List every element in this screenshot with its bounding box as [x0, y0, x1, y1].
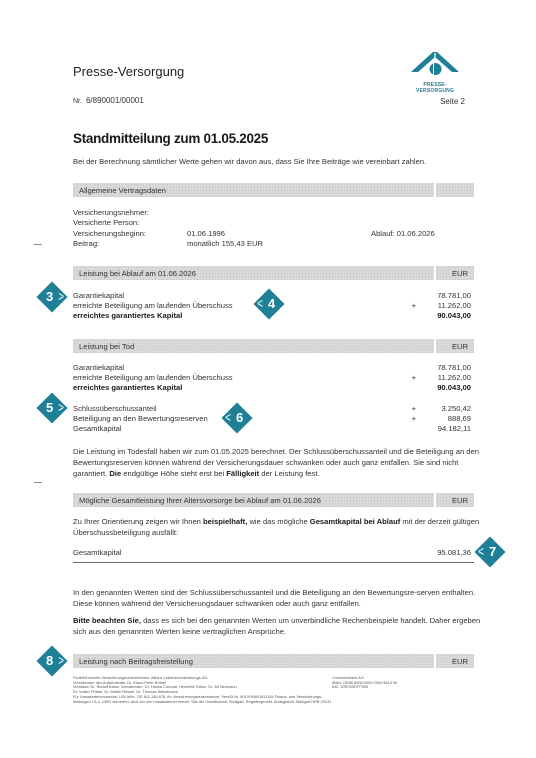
- row-value: 94.182,11: [438, 424, 471, 433]
- field-value: monatlich 155,43 EUR: [187, 239, 263, 248]
- row-value: 90.043,00: [437, 383, 471, 392]
- disclaimer-paragraph-1: In den genannten Werten sind der Schluss…: [73, 587, 483, 609]
- policy-number-value: 6/890001/00001: [86, 96, 144, 105]
- maturity-date: Ablauf: 01.06.2026: [371, 229, 435, 238]
- section-title: Leistung bei Tod: [79, 342, 134, 351]
- page-number: Seite 2: [440, 97, 465, 106]
- chevron-right-icon: >: [58, 399, 64, 415]
- row-value: 78.781,00: [437, 363, 471, 372]
- section-header-projection: Mögliche Gesamtleistung Ihrer Altersvors…: [73, 493, 474, 507]
- house-roof-logo-icon: [405, 50, 465, 82]
- policy-number-label: Nr.: [73, 98, 82, 105]
- column-separator: [434, 654, 436, 668]
- annotation-badge-6: < 6: [222, 403, 252, 433]
- table-row: erreichte Beteiligung am laufenden Übers…: [73, 373, 474, 383]
- footer-legal: Federführendes Versicherungsunternehmen:…: [73, 676, 331, 704]
- column-separator: [434, 266, 436, 280]
- chevron-left-icon: <: [257, 295, 263, 311]
- section-header-paid-up: Leistung nach Beitragsfreistellung EUR: [73, 654, 474, 668]
- section-title: Leistung nach Beitragsfreistellung: [79, 657, 193, 666]
- footer-bank-details: Commerzbank AG IBAN: DE86 6008 0000 0900…: [332, 676, 397, 690]
- total-underline: [73, 562, 474, 563]
- column-separator: [434, 183, 436, 197]
- annotation-badge-3: 3 >: [37, 282, 67, 312]
- policy-number: Nr.6/890001/00001: [73, 96, 144, 105]
- annotation-badge-7: < 7: [475, 537, 505, 567]
- row-label: Gesamtkapital: [73, 424, 122, 433]
- margin-fold-mark: [34, 244, 42, 245]
- section-title: Allgemeine Vertragsdaten: [79, 186, 166, 195]
- row-value: 11.262,00: [438, 301, 471, 310]
- row-label: erreichtes garantiertes Kapital: [73, 383, 182, 392]
- table-row-subtotal: erreichtes garantiertes Kapital 90.043,0…: [73, 383, 474, 393]
- currency-label: EUR: [452, 657, 468, 666]
- field-label: Versicherte Person:: [73, 218, 139, 227]
- row-value: 78.781,00: [437, 291, 471, 300]
- row-value: 11.262,00: [438, 373, 471, 382]
- row-label: Beteiligung an den Bewertungsreserven: [73, 414, 208, 423]
- projection-total-row: Gesamtkapital 95.081,36: [73, 548, 474, 558]
- row-label: erreichte Beteiligung am laufenden Übers…: [73, 301, 233, 310]
- row-label: Garantiekapital: [73, 363, 124, 372]
- row-label: Gesamtkapital: [73, 548, 122, 557]
- column-separator: [434, 339, 436, 353]
- row-label: Schlussüberschussanteil: [73, 404, 157, 413]
- currency-label: EUR: [452, 269, 468, 278]
- section-title: Leistung bei Ablauf am 01.06.2026: [79, 269, 196, 278]
- brand-logo: PRESSE-VERSORGUNG: [405, 50, 465, 94]
- chevron-left-icon: <: [225, 409, 231, 425]
- annotation-badge-4: < 4: [254, 289, 284, 319]
- field-label: Versicherungsbeginn:: [73, 229, 146, 238]
- row-label: erreichtes garantiertes Kapital: [73, 311, 182, 320]
- field-value: 01.06.1996: [187, 229, 225, 238]
- table-row: Beteiligung an den Bewertungsreserven + …: [73, 414, 474, 424]
- row-label: erreichte Beteiligung am laufenden Übers…: [73, 373, 233, 382]
- intro-text: Bei der Berechnung sämtlicher Werte gehe…: [73, 157, 426, 166]
- row-value: 90.043,00: [437, 311, 471, 320]
- section-title: Mögliche Gesamtleistung Ihrer Altersvors…: [79, 496, 321, 505]
- row-value: 888,69: [448, 414, 471, 423]
- annotation-badge-5: 5 >: [37, 393, 67, 423]
- page-title: Standmitteilung zum 01.05.2025: [73, 131, 268, 146]
- death-benefit-note: Die Leistung im Todesfall haben wir zum …: [73, 446, 483, 479]
- margin-fold-mark: [34, 482, 42, 483]
- section-header-maturity: Leistung bei Ablauf am 01.06.2026 EUR: [73, 266, 474, 280]
- table-row-total: Gesamtkapital 94.182,11: [73, 424, 474, 434]
- row-sign: +: [412, 404, 416, 413]
- logo-text: PRESSE-VERSORGUNG: [405, 82, 465, 94]
- annotation-badge-8: 8 >: [37, 646, 67, 676]
- row-sign: +: [412, 301, 416, 310]
- chevron-left-icon: <: [478, 543, 484, 559]
- currency-label: EUR: [452, 496, 468, 505]
- column-separator: [434, 493, 436, 507]
- row-label: Garantiekapital: [73, 291, 124, 300]
- disclaimer-paragraph-2: Bitte beachten Sie, dass es sich bei den…: [73, 615, 483, 637]
- chevron-right-icon: >: [58, 652, 64, 668]
- currency-label: EUR: [452, 342, 468, 351]
- row-value: 95.081,36: [437, 548, 471, 557]
- projection-intro: Zu Ihrer Orientierung zeigen wir Ihnen b…: [73, 516, 483, 538]
- row-sign: +: [412, 373, 416, 382]
- section-header-general: Allgemeine Vertragsdaten: [73, 183, 474, 197]
- chevron-right-icon: >: [58, 288, 64, 304]
- field-label: Versicherungsnehmer:: [73, 208, 149, 217]
- row-value: 3.250,42: [441, 404, 471, 413]
- row-sign: +: [412, 414, 416, 423]
- table-row: Garantiekapital 78.781,00: [73, 363, 474, 373]
- org-name: Presse-Versorgung: [73, 64, 184, 79]
- section-header-death: Leistung bei Tod EUR: [73, 339, 474, 353]
- table-row: Schlussüberschussanteil + 3.250,42: [73, 404, 474, 414]
- field-label: Beitrag:: [73, 239, 99, 248]
